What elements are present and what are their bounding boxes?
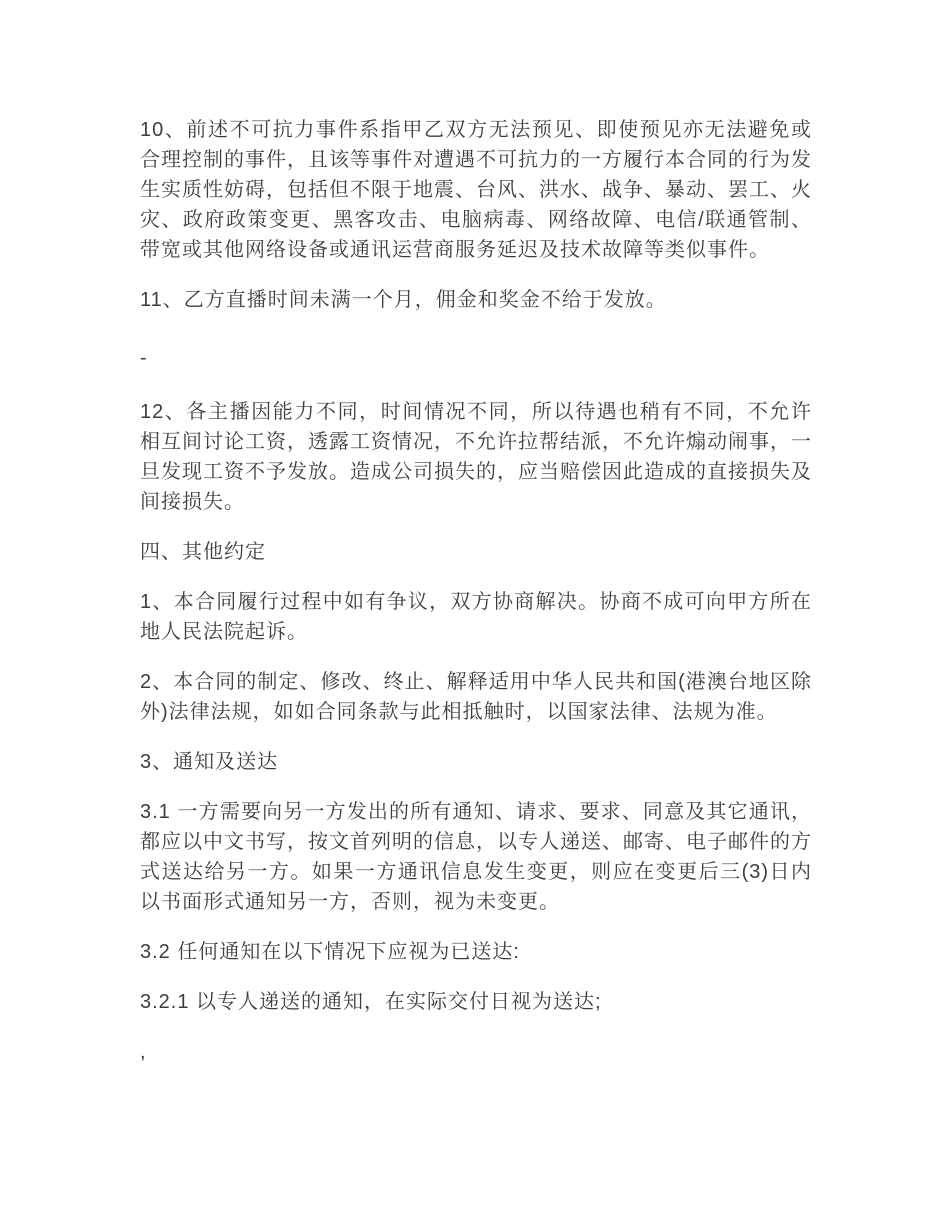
clause-notice-3-2: 3.2 任何通知在以下情况下应视为已送达: — [140, 937, 812, 967]
contract-clause-12: 12、各主播因能力不同，时间情况不同，所以待遇也稍有不同，不允许相互间讨论工资，… — [140, 397, 812, 517]
contract-clause-11: 11、乙方直播时间未满一个月，佣金和奖金不给于发放。 — [140, 285, 812, 315]
document-body: 10、前述不可抗力事件系指甲乙双方无法预见、即使预见亦无法避免或合理控制的事件，… — [140, 115, 812, 1067]
contract-clause-10: 10、前述不可抗力事件系指甲乙双方无法预见、即使预见亦无法避免或合理控制的事件，… — [140, 115, 812, 265]
clause-governing-law: 2、本合同的制定、修改、终止、解释适用中华人民共和国(港澳台地区除外)法律法规，… — [140, 667, 812, 727]
document-page: 10、前述不可抗力事件系指甲乙双方无法预见、即使预见亦无法避免或合理控制的事件，… — [0, 0, 950, 1230]
section-heading-other-provisions: 四、其他约定 — [140, 537, 812, 567]
clause-notice-3-1: 3.1 一方需要向另一方发出的所有通知、请求、要求、同意及其它通讯，都应以中文书… — [140, 797, 812, 917]
clause-dispute-resolution: 1、本合同履行过程中如有争议，双方协商解决。协商不成可向甲方所在地人民法院起诉。 — [140, 587, 812, 647]
stray-dash-mark: - — [140, 343, 812, 373]
heading-notice-and-delivery: 3、通知及送达 — [140, 747, 812, 777]
stray-comma-mark: , — [140, 1037, 812, 1067]
clause-notice-3-2-1: 3.2.1 以专人递送的通知，在实际交付日视为送达; — [140, 987, 812, 1017]
